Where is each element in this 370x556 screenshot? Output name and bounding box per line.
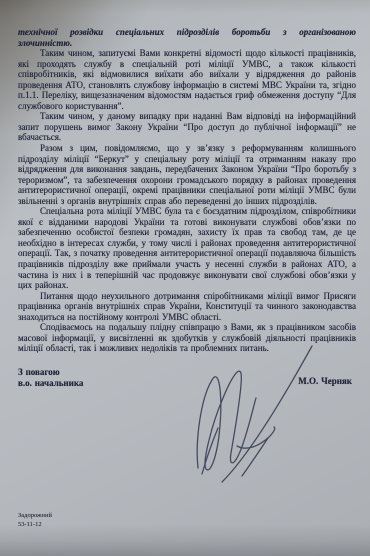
paragraph: Питання щодо неухильного дотримання спір… [18,291,356,323]
closing-block: З повагою в.о. начальника М.О. Черняк [18,367,356,423]
paragraph: Таким чином, у даному випадку при наданн… [18,111,356,143]
paragraph: Спеціальна рота міліції УМВС була та є б… [18,206,356,290]
executor-block: Задорожний 53-11-12 [18,511,52,529]
paragraph: Сподіваємось на подальшу плідну співпрац… [18,322,356,354]
intro-continuation-text: технічної розвідки спеціальних підрозділ… [18,27,356,48]
paragraph: Таким чином, запитуємі Вами конкретні ві… [18,48,356,111]
signer-name: М.О. Черняк [298,376,352,387]
executor-name: Задорожний [18,511,52,520]
paragraph: Разом з цим, повідомляємо, що у зв’язку … [18,143,356,206]
letter-body: технічної розвідки спеціальних підрозділ… [18,27,356,423]
scanned-letter-page: технічної розвідки спеціальних підрозділ… [0,0,370,556]
executor-phone: 53-11-12 [18,520,52,529]
